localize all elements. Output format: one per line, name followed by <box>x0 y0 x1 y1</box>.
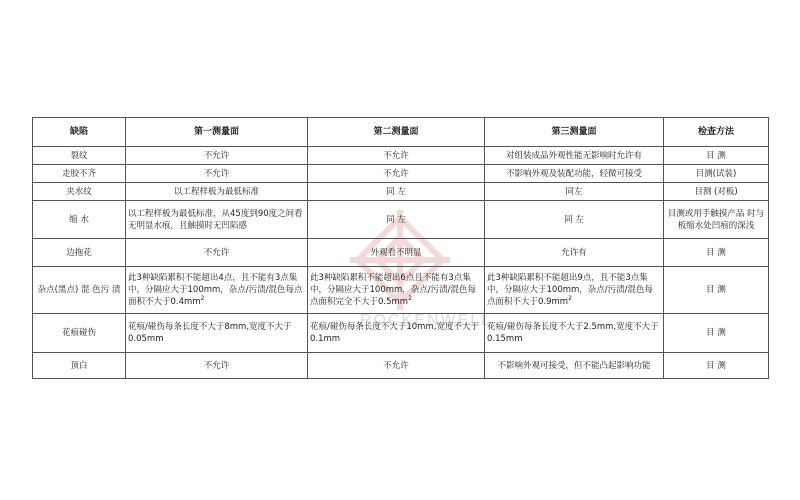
cell-face3: 花痕/碰伤每条长度不大于2.5mm,宽度不大于0.15mm <box>485 314 664 353</box>
cell-face3: 同左 <box>485 183 664 201</box>
cell-defect: 花痕碰伤 <box>33 314 126 353</box>
table-row: 夹水纹 以工程样板为最低标准 同 左 同左 目测 (对板) <box>33 183 769 201</box>
table-row: 缩 水 以工程样板为最低标准，从45度到90度之间看无明显水痕，且触摸时无凹陷感… <box>33 201 769 239</box>
cell-face3: 不影响外观可接受，但不能凸起影响功能 <box>485 353 664 379</box>
cell-defect: 夹水纹 <box>33 183 126 201</box>
cell-defect: 边拖花 <box>33 239 126 267</box>
cell-method: 目 测 <box>664 267 769 314</box>
cell-face3: 此3种缺陷累积不能超出9点，且不能3点集中，分隔应大于100mm，杂点/污渍/混… <box>485 267 664 314</box>
cell-face1: 以工程样板为最低标准 <box>126 183 308 201</box>
cell-face2: 同 左 <box>308 183 485 201</box>
cell-face1: 不允许 <box>126 353 308 379</box>
cell-face2: 不允许 <box>308 147 485 165</box>
cell-face1: 不允许 <box>126 239 308 267</box>
cell-face1: 花痕/碰伤每条长度不大于8mm,宽度不大于0.05mm <box>126 314 308 353</box>
header-face3: 第三测量面 <box>485 118 664 147</box>
cell-method: 目 测 <box>664 353 769 379</box>
defect-spec-table: 缺陷 第一测量面 第二测量面 第三测量面 检查方法 裂纹 不允许 不允许 对组装… <box>32 117 769 379</box>
superscript: 2 <box>408 295 412 302</box>
cell-face1: 不允许 <box>126 165 308 183</box>
cell-defect: 缩 水 <box>33 201 126 239</box>
cell-face1: 以工程样板为最低标准，从45度到90度之间看无明显水痕，且触摸时无凹陷感 <box>126 201 308 239</box>
cell-face1: 不允许 <box>126 147 308 165</box>
cell-face2: 花痕/碰伤每条长度不大于10mm,宽度不大于0.1mm <box>308 314 485 353</box>
cell-face2: 同 左 <box>308 201 485 239</box>
cell-face2: 不允许 <box>308 165 485 183</box>
cell-method: 目测 (对板) <box>664 183 769 201</box>
cell-face2: 不允许 <box>308 353 485 379</box>
cell-face2: 外观看不明显 <box>308 239 485 267</box>
table-row: 顶白 不允许 不允许 不影响外观可接受，但不能凸起影响功能 目 测 <box>33 353 769 379</box>
header-method: 检查方法 <box>664 118 769 147</box>
cell-defect: 顶白 <box>33 353 126 379</box>
cell-defect: 走胶不齐 <box>33 165 126 183</box>
cell-method: 目 测 <box>664 147 769 165</box>
cell-method: 目 测 <box>664 314 769 353</box>
table-header-row: 缺陷 第一测量面 第二测量面 第三测量面 检查方法 <box>33 118 769 147</box>
cell-face3: 对组装成品外观性能无影响时允许有 <box>485 147 664 165</box>
cell-method: 目测(试装) <box>664 165 769 183</box>
cell-face2: 此3种缺陷累积不能超出6点且不能有3点集中，分隔应大于100mm，杂点/污渍/混… <box>308 267 485 314</box>
cell-face3: 不影响外观及装配功能，轻微可接受 <box>485 165 664 183</box>
cell-face1: 此3种缺陷累积不能超出4点，且不能有3点集中，分隔应大于100mm，杂点/污渍/… <box>126 267 308 314</box>
cell-text: 此3种缺陷累积不能超出6点且不能有3点集中，分隔应大于100mm，杂点/污渍/混… <box>310 273 476 307</box>
table-row: 花痕碰伤 花痕/碰伤每条长度不大于8mm,宽度不大于0.05mm 花痕/碰伤每条… <box>33 314 769 353</box>
header-defect: 缺陷 <box>33 118 126 147</box>
superscript: 2 <box>568 295 572 302</box>
cell-face3: 同 左 <box>485 201 664 239</box>
superscript: 2 <box>201 295 205 302</box>
table-row: 杂点(黑点) 混 色污 渍 此3种缺陷累积不能超出4点，且不能有3点集中，分隔应… <box>33 267 769 314</box>
cell-method: 目测或用手触摸产品 时与板缩水处凹痕的深浅 <box>664 201 769 239</box>
cell-face3: 允许有 <box>485 239 664 267</box>
header-face2: 第二测量面 <box>308 118 485 147</box>
cell-defect: 裂纹 <box>33 147 126 165</box>
cell-method: 目 测 <box>664 239 769 267</box>
table-row: 边拖花 不允许 外观看不明显 允许有 目 测 <box>33 239 769 267</box>
table-row: 裂纹 不允许 不允许 对组装成品外观性能无影响时允许有 目 测 <box>33 147 769 165</box>
cell-defect: 杂点(黑点) 混 色污 渍 <box>33 267 126 314</box>
cell-text: 此3种缺陷累积不能超出4点，且不能有3点集中，分隔应大于100mm，杂点/污渍/… <box>128 273 303 307</box>
table-row: 走胶不齐 不允许 不允许 不影响外观及装配功能，轻微可接受 目测(试装) <box>33 165 769 183</box>
header-face1: 第一测量面 <box>126 118 308 147</box>
